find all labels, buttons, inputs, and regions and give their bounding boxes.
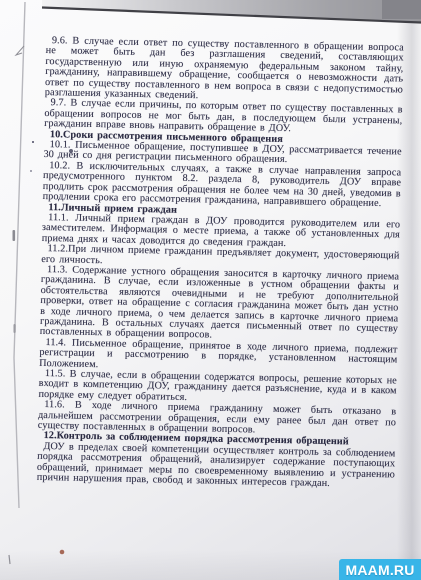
watermark-text: MAAM.RU bbox=[345, 562, 414, 578]
scanned-page-photo: 9.6. В случае если ответ по существу пос… bbox=[0, 0, 421, 580]
paragraph-12-body: ДОУ в пределах своей компетенции осущест… bbox=[37, 442, 396, 491]
paragraph-11-3: 11.3. Содержание устного обращения занос… bbox=[40, 265, 399, 345]
paragraph-9-6: 9.6. В случае если ответ по существу пос… bbox=[45, 36, 404, 106]
document-text: 9.6. В случае если ответ по существу пос… bbox=[37, 36, 404, 491]
maam-watermark: MAAM.RU bbox=[339, 559, 421, 580]
